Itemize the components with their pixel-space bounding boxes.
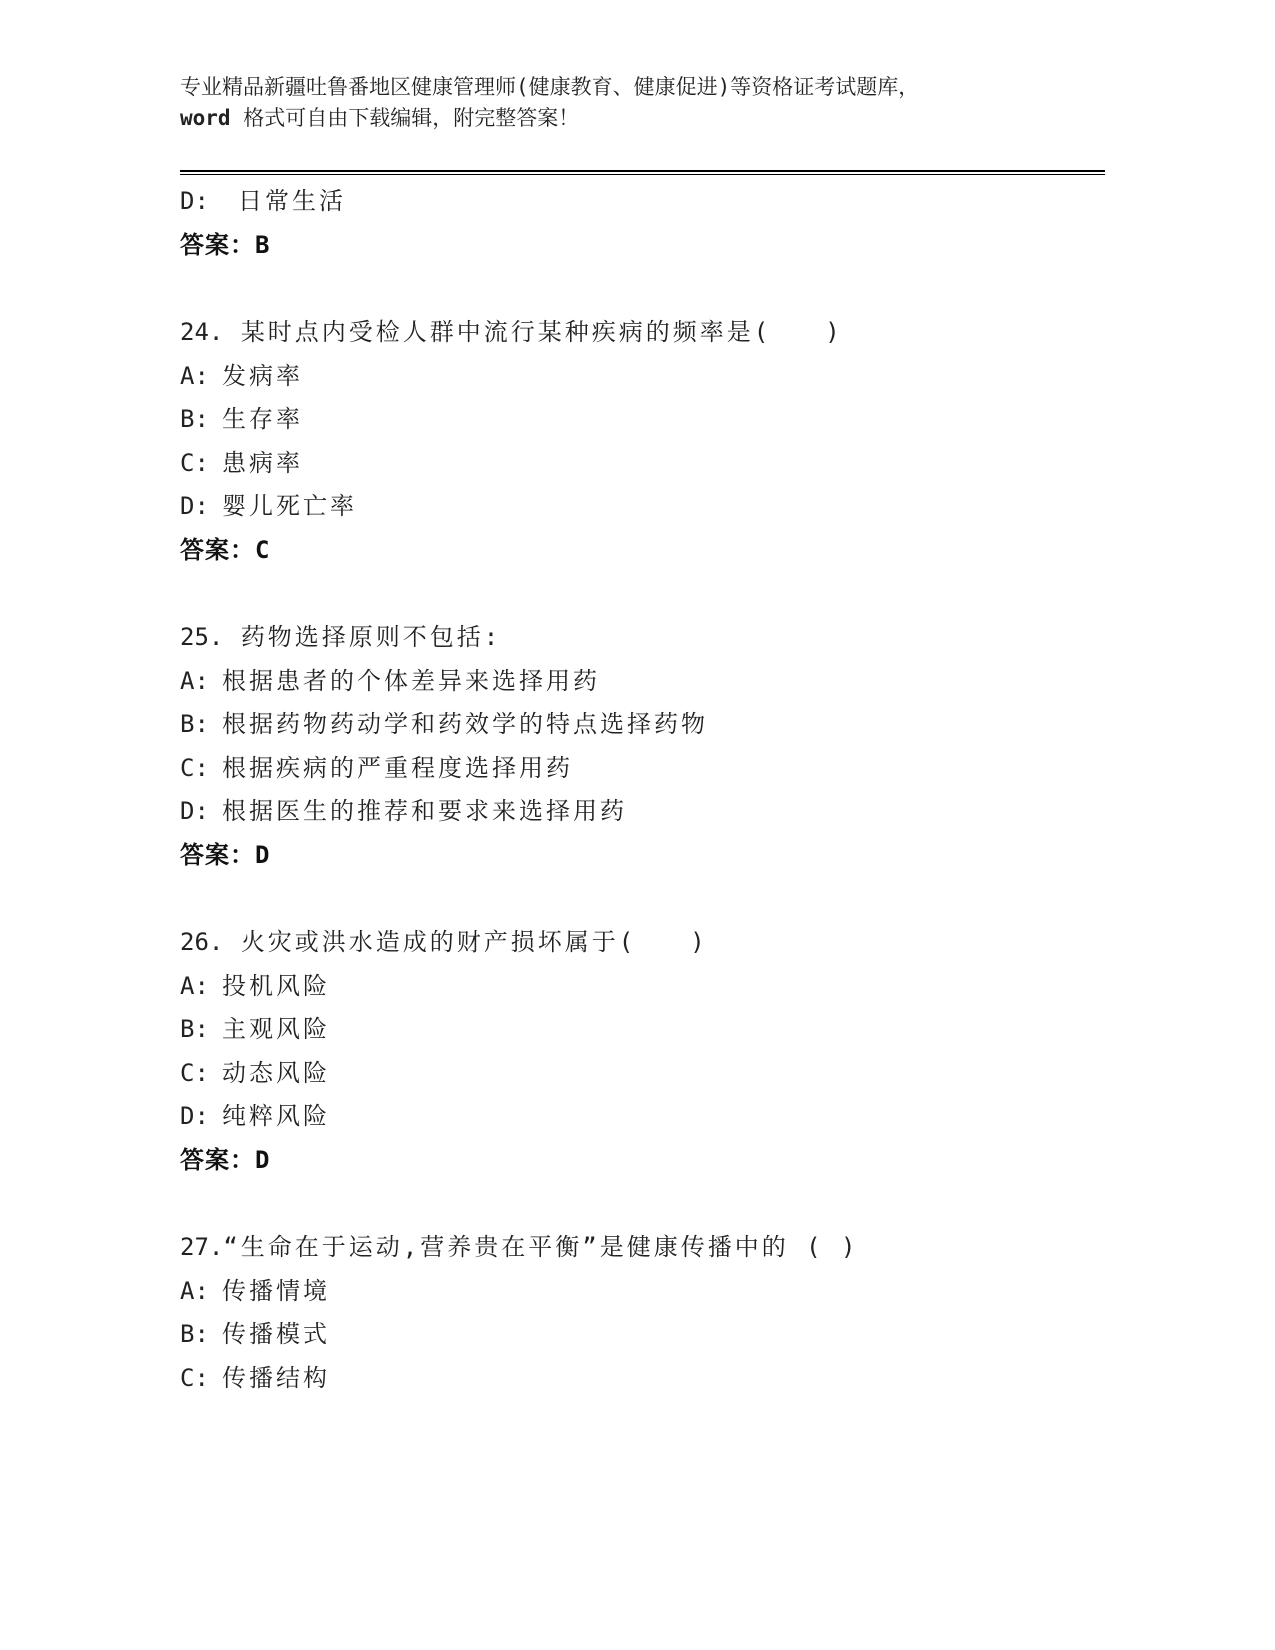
option-row: B:主观风险	[180, 1013, 1105, 1057]
question-number: 24.	[180, 318, 223, 346]
question-text: 药物选择原则不包括:	[241, 623, 501, 651]
question-number: 27.	[180, 1233, 223, 1261]
option-text: 根据疾病的严重程度选择用药	[222, 754, 573, 782]
option-text: 根据患者的个体差异来选择用药	[222, 667, 600, 695]
question-stem: 24. 某时点内受检人群中流行某种疾病的频率是( )	[180, 316, 1105, 360]
option-label: D:	[180, 1100, 222, 1133]
question-text: 某时点内受检人群中流行某种疾病的频率是( )	[241, 318, 843, 346]
question-stem: 27.“生命在于运动,营养贵在平衡”是健康传播中的 ( )	[180, 1231, 1105, 1275]
answer-line: 答案：B	[180, 229, 1105, 273]
option-label: C:	[180, 447, 222, 480]
answer-line: 答案：D	[180, 1144, 1105, 1188]
option-text: 传播结构	[222, 1364, 330, 1392]
option-label: B:	[180, 403, 222, 436]
question-number: 25.	[180, 623, 223, 651]
header-title-line: 专业精品新疆吐鲁番地区健康管理师(健康教育、健康促进)等资格证考试题库，	[180, 72, 1105, 103]
question-stem: 25. 药物选择原则不包括:	[180, 621, 1105, 665]
question-list: D:日常生活 答案：B 24. 某时点内受检人群中流行某种疾病的频率是( ) A…	[180, 185, 1105, 1405]
option-text: 主观风险	[222, 1015, 330, 1043]
option-text: 发病率	[222, 362, 303, 390]
header-subtitle-line: word 格式可自由下载编辑，附完整答案！	[180, 103, 1105, 134]
option-row: A:传播情境	[180, 1275, 1105, 1319]
option-label: A:	[180, 1275, 222, 1308]
option-row: A:根据患者的个体差异来选择用药	[180, 665, 1105, 709]
option-row: C:动态风险	[180, 1057, 1105, 1101]
question-text: “生命在于运动,营养贵在平衡”是健康传播中的 ( )	[223, 1233, 858, 1261]
option-label: B:	[180, 1013, 222, 1046]
option-row: C:患病率	[180, 447, 1105, 491]
option-text: 动态风险	[222, 1059, 330, 1087]
spacer	[180, 1187, 1105, 1231]
option-row: C:传播结构	[180, 1362, 1105, 1406]
option-text: 婴儿死亡率	[222, 492, 357, 520]
option-row: D:根据医生的推荐和要求来选择用药	[180, 795, 1105, 839]
option-row: A:发病率	[180, 360, 1105, 404]
option-label: D:	[180, 185, 238, 218]
question-block: 24. 某时点内受检人群中流行某种疾病的频率是( ) A:发病率 B:生存率 C…	[180, 316, 1105, 577]
option-row: B:传播模式	[180, 1318, 1105, 1362]
option-row: D:婴儿死亡率	[180, 490, 1105, 534]
document-header: 专业精品新疆吐鲁番地区健康管理师(健康教育、健康促进)等资格证考试题库， wor…	[180, 72, 1105, 134]
header-download-note: 格式可自由下载编辑，附完整答案！	[231, 106, 580, 130]
option-row: A:投机风险	[180, 970, 1105, 1014]
spacer	[180, 272, 1105, 316]
option-label: C:	[180, 1057, 222, 1090]
option-label: C:	[180, 1362, 222, 1395]
option-text: 传播模式	[222, 1320, 330, 1348]
option-label: C:	[180, 752, 222, 785]
option-text: 根据医生的推荐和要求来选择用药	[222, 797, 627, 825]
option-label: B:	[180, 1318, 222, 1351]
question-block: 26. 火灾或洪水造成的财产损坏属于( ) A:投机风险 B:主观风险 C:动态…	[180, 926, 1105, 1187]
option-text: 投机风险	[222, 972, 330, 1000]
answer-line: 答案：C	[180, 534, 1105, 578]
option-label: A:	[180, 970, 222, 1003]
option-label: B:	[180, 708, 222, 741]
option-label: D:	[180, 795, 222, 828]
option-row: C:根据疾病的严重程度选择用药	[180, 752, 1105, 796]
question-block: 27.“生命在于运动,营养贵在平衡”是健康传播中的 ( ) A:传播情境 B:传…	[180, 1231, 1105, 1405]
option-row: D:日常生活	[180, 185, 1105, 229]
option-label: A:	[180, 360, 222, 393]
option-text: 纯粹风险	[222, 1102, 330, 1130]
option-label: A:	[180, 665, 222, 698]
option-text: 生存率	[222, 405, 303, 433]
spacer	[180, 882, 1105, 926]
question-number: 26.	[180, 928, 223, 956]
question-stem: 26. 火灾或洪水造成的财产损坏属于( )	[180, 926, 1105, 970]
spacer	[180, 577, 1105, 621]
header-double-rule	[180, 170, 1105, 175]
header-word-format: word	[180, 106, 231, 130]
question-block: 25. 药物选择原则不包括: A:根据患者的个体差异来选择用药 B:根据药物药动…	[180, 621, 1105, 882]
option-label: D:	[180, 490, 222, 523]
option-text: 传播情境	[222, 1277, 330, 1305]
question-text: 火灾或洪水造成的财产损坏属于( )	[241, 928, 708, 956]
answer-line: 答案：D	[180, 839, 1105, 883]
option-row: B:生存率	[180, 403, 1105, 447]
option-row: B:根据药物药动学和药效学的特点选择药物	[180, 708, 1105, 752]
option-text: 患病率	[222, 449, 303, 477]
option-row: D:纯粹风险	[180, 1100, 1105, 1144]
option-text: 日常生活	[238, 187, 346, 215]
option-text: 根据药物药动学和药效学的特点选择药物	[222, 710, 708, 738]
